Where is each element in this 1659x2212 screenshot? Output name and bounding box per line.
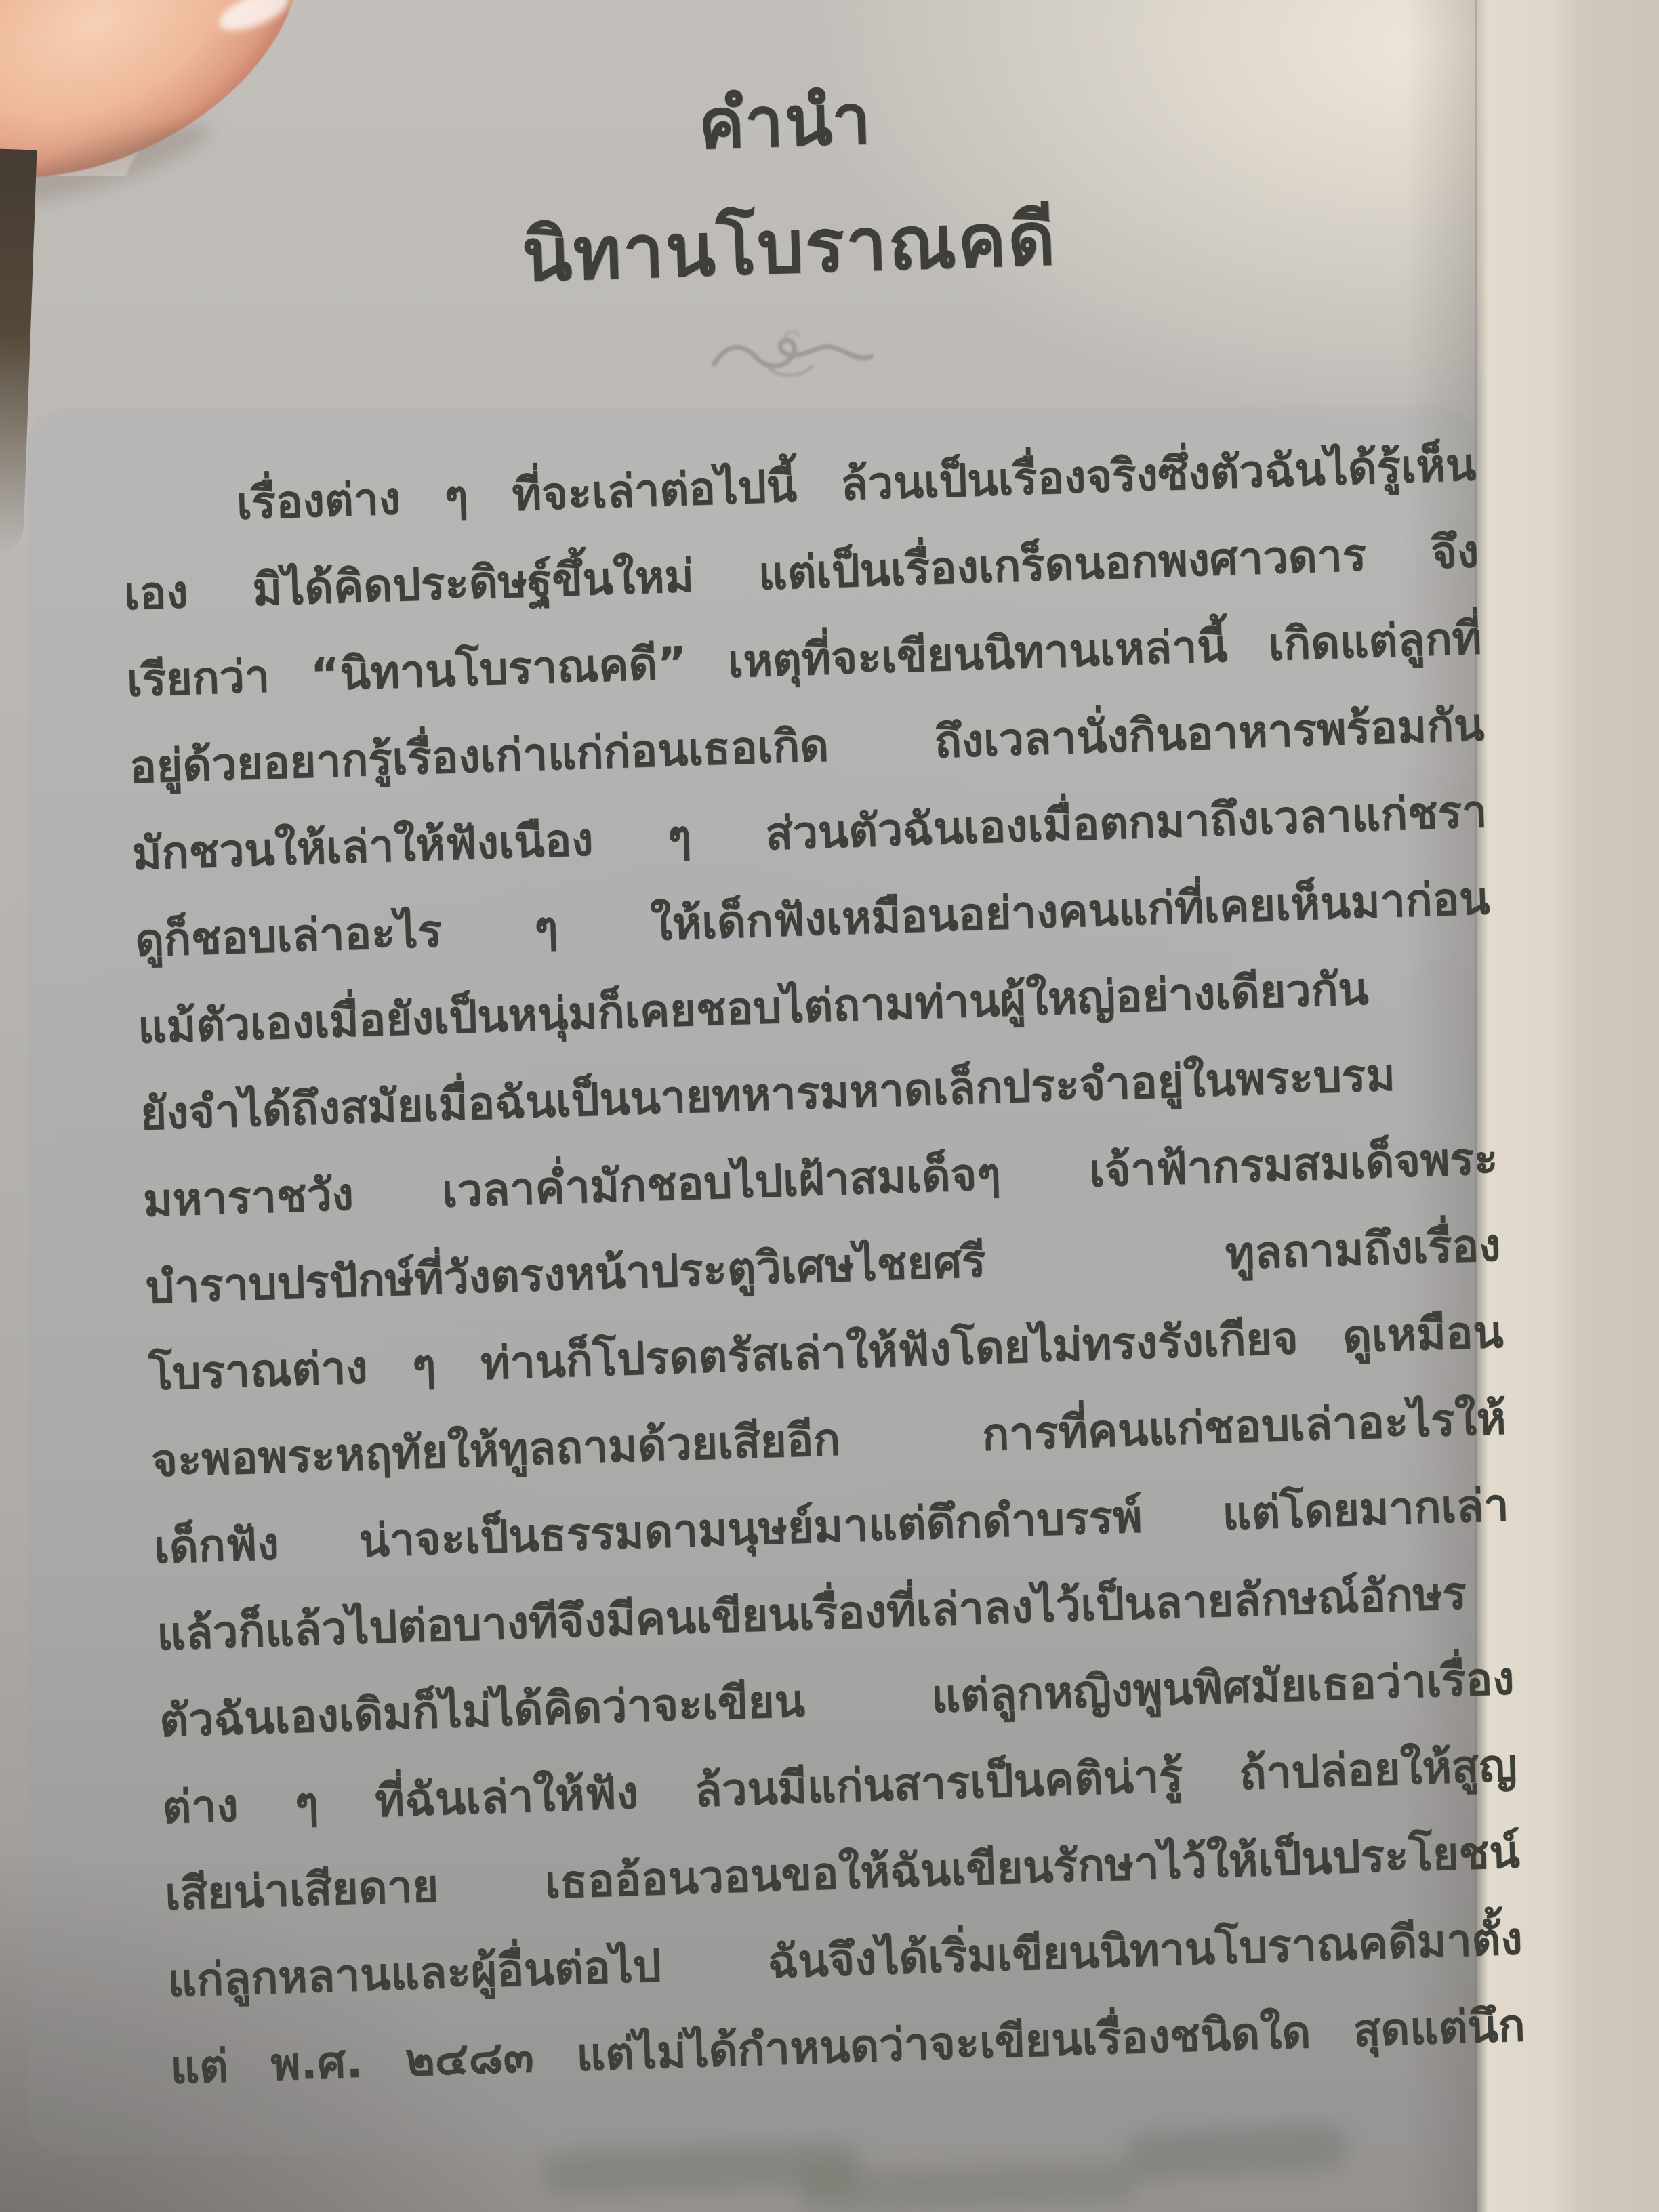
book-page-photo: คำนำ นิทานโบราณคดี เรื่องต่าง ๆ ที่จะเล่… <box>0 0 1659 2212</box>
body-text: เรื่องต่าง ๆ ที่จะเล่าต่อไปนี้ ล้วนเป็นเ… <box>120 422 1526 2112</box>
title-block: คำนำ นิทานโบราณคดี <box>102 37 1472 330</box>
